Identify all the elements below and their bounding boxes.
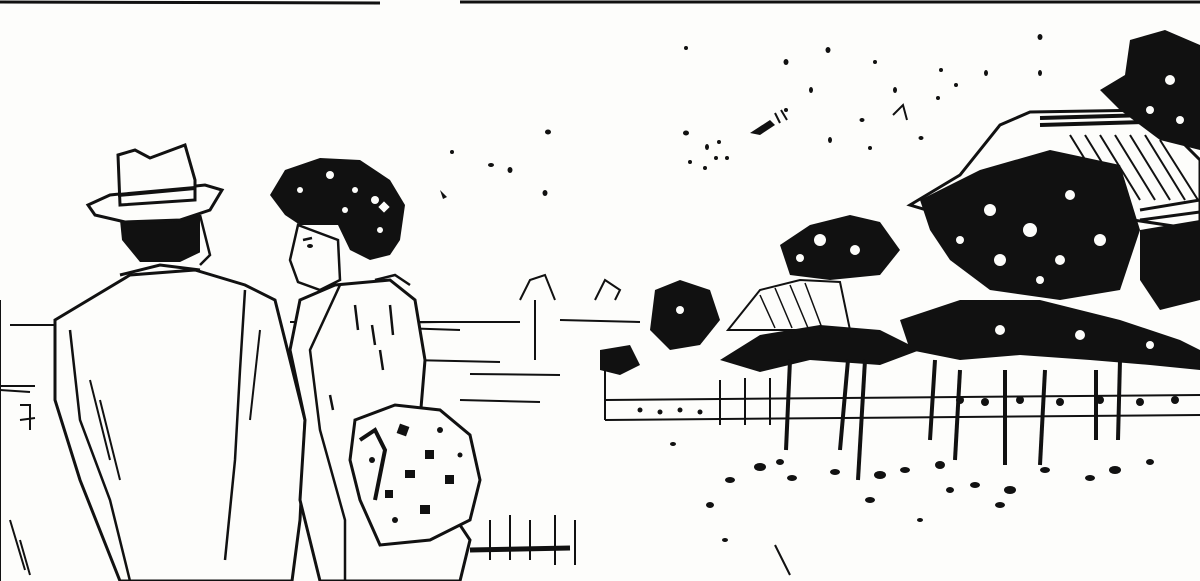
top-border <box>0 2 1200 3</box>
garden-fence <box>605 365 1200 425</box>
ground-stones <box>670 442 1154 542</box>
man-with-fedora <box>55 145 305 581</box>
tree-trunks <box>786 360 1120 480</box>
bird-flock <box>440 34 1043 199</box>
pine-trees <box>600 30 1200 375</box>
left-wall <box>0 300 30 581</box>
bottom-posts <box>470 515 790 575</box>
illustration <box>0 0 1200 581</box>
ink-drawing <box>0 0 1200 581</box>
